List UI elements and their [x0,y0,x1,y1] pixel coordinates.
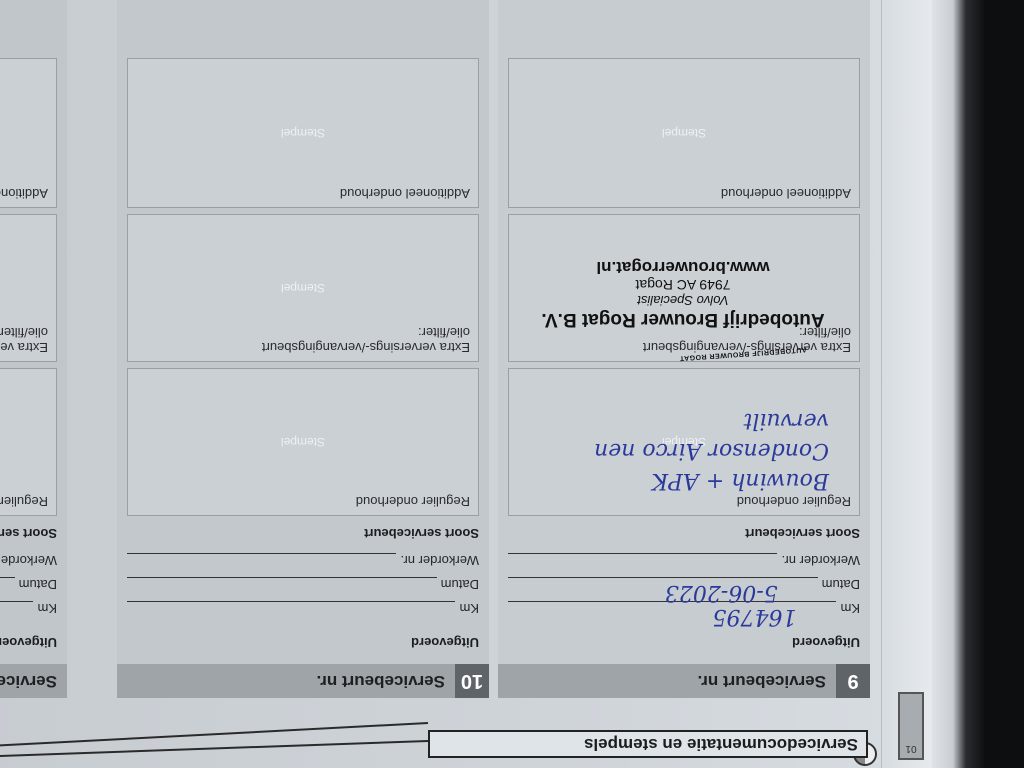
workorder-field[interactable]: Werkorder nr. [0,553,57,577]
km-value: 164795 [713,604,797,629]
service-type-label: Soort servicebeurt [508,526,860,541]
stamp-website: www.brouwerrogat.nl [513,257,853,277]
regular-maintenance-box: Regulier onderhoud Stempel [127,368,479,516]
extra-service-box: Extra verversings-/vervangingsbeurtolie/… [127,214,479,362]
card-header: Servicebeurt nr. [0,664,67,698]
regular-label: Regulier onderhoud [737,494,851,509]
performed-label: Uitgevoerd [127,635,479,650]
service-card-11: Servicebeurt nr. Uitgevoerd Km Datum Wer… [0,0,67,698]
date-field[interactable]: Datum [0,577,57,601]
date-label: Datum [15,577,57,592]
regular-label: Regulier onderhoud [356,494,470,509]
page-shadow-edge [932,0,984,768]
performed-label: Uitgevoerd [508,635,860,650]
stamp-company: Autobedrijf Brouwer Rogat B.V. [513,308,853,330]
additional-maintenance-box: Additioneel onderhoud [0,58,57,208]
km-field[interactable]: Km [127,601,479,625]
handwritten-note: Bouwinh + APK Condensor Airco nen vervui… [594,405,829,495]
title-rule [0,722,428,749]
date-label: Datum [818,577,860,592]
extra-service-box: Extra verversings-/vervangingsbeurtolie/… [508,214,860,362]
service-number: 9 [836,664,870,698]
service-type-label: Soort servicebeurt [127,526,479,541]
additional-label: Additioneel onderhoud [340,186,470,201]
service-type-label: Soort servicebeurt [0,526,57,541]
additional-maintenance-box: Additioneel onderhoud Stempel [127,58,479,208]
stamp-placeholder: Stempel [128,281,478,295]
booklet-page: 01 Servicedocumentatie en stempels 9 Ser… [0,0,984,768]
dealer-stamp: AUTOBEDRIJF BROUWER ROGAT Autobedrijf Br… [513,257,853,357]
additional-label: Additioneel onderhoud [721,186,851,201]
extra-label: Extra verversings-/vervangingsbeurtolie/… [262,325,470,355]
performed-label: Uitgevoerd [0,635,57,650]
workorder-label: Werkorder nr. [396,553,479,568]
card-header: 10 Servicebeurt nr. [117,664,489,698]
workorder-field[interactable]: Werkorder nr. [508,553,860,577]
service-number: 10 [455,664,489,698]
stamp-placeholder: Stempel [128,126,478,140]
stamp-placeholder: Stempel [509,126,859,140]
page-title: Servicedocumentatie en stempels [428,730,868,758]
card-title: Servicebeurt nr. [0,671,67,691]
page-number: 01 [898,692,924,760]
service-card-9: 9 Servicebeurt nr. Uitgevoerd Km 164795 … [498,0,870,698]
card-header: 9 Servicebeurt nr. [498,664,870,698]
regular-maintenance-box: Regulier onderhoud [0,368,57,516]
workorder-field[interactable]: Werkorder nr. [127,553,479,577]
date-field[interactable]: Datum 5-06-2023 [508,577,860,601]
km-label: Km [837,601,861,616]
regular-label: Regulier onderhoud [0,494,48,509]
date-value: 5-06-2023 [665,580,778,605]
service-card-10: 10 Servicebeurt nr. Uitgevoerd Km Datum … [117,0,489,698]
date-field[interactable]: Datum [127,577,479,601]
regular-maintenance-box: Regulier onderhoud Stempel Bouwinh + APK… [508,368,860,516]
km-label: Km [456,601,480,616]
stamp-subtitle: Volvo Specialist [513,293,853,308]
km-label: Km [34,601,58,616]
date-label: Datum [437,577,479,592]
photo-stage: 01 Servicedocumentatie en stempels 9 Ser… [0,0,1024,768]
extra-service-box: Extra verversings-/vervangingsbeurtolie/… [0,214,57,362]
additional-maintenance-box: Additioneel onderhoud Stempel [508,58,860,208]
extra-label: Extra verversings-/vervangingsbeurtolie/… [0,325,48,355]
card-title: Servicebeurt nr. [316,671,455,691]
workorder-label: Werkorder nr. [0,553,57,568]
stamp-address: 7949 AC Rogat [513,277,853,293]
workorder-label: Werkorder nr. [777,553,860,568]
page-fold [881,0,932,768]
stamp-placeholder: Stempel [128,435,478,449]
km-field[interactable]: Km [0,601,57,625]
additional-label: Additioneel onderhoud [0,186,48,201]
card-title: Servicebeurt nr. [697,671,836,691]
